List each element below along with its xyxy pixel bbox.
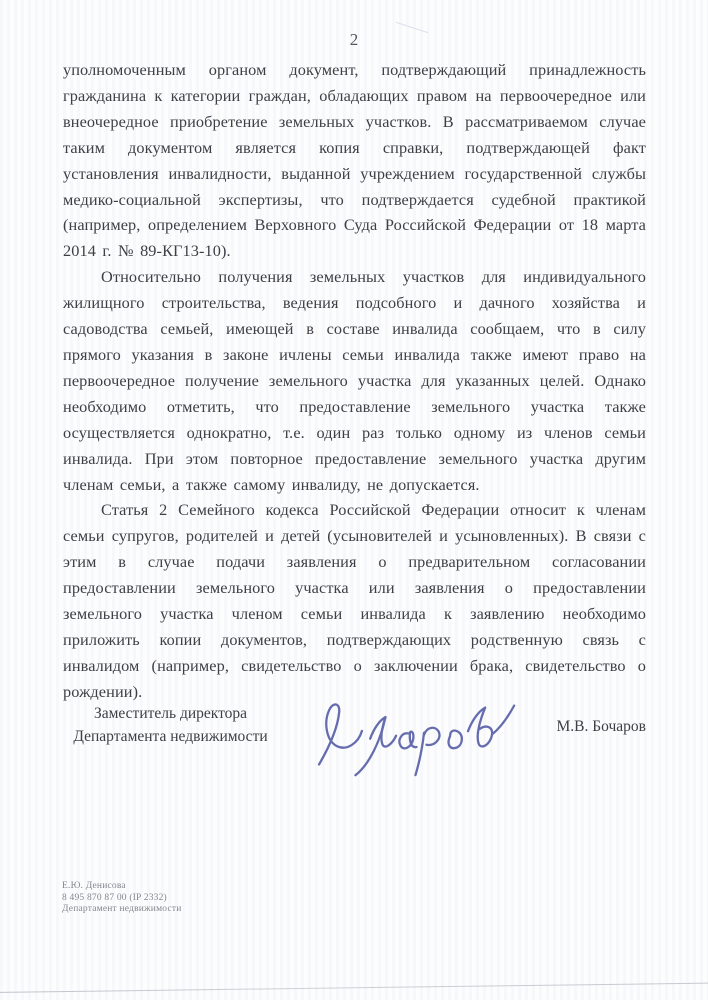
executor-footer: Е.Ю. Денисова 8 495 870 87 00 (IP 2332) …: [62, 881, 182, 916]
executor-department: Департамент недвижимости: [62, 904, 182, 916]
signer-position: Заместитель директора Департамента недви…: [63, 693, 278, 748]
signature-autograph: [308, 681, 526, 783]
document-body: уполномоченным органом документ, подтвер…: [63, 57, 646, 705]
signer-name: М.В. Бочаров: [557, 693, 647, 736]
scanned-document-page: 2 уполномоченным органом документ, подтв…: [0, 0, 708, 1000]
executor-phone: 8 495 870 87 00 (IP 2332): [62, 893, 182, 905]
executor-name: Е.Ю. Денисова: [62, 881, 182, 893]
signature-ink-strokes: [317, 698, 516, 778]
paragraph-land-plots: Относительно получения земельных участко…: [63, 264, 646, 497]
signer-position-line1: Заместитель директора: [63, 703, 278, 726]
paragraph-family-code: Статья 2 Семейного кодекса Российской Фе…: [63, 497, 646, 704]
signature-block: Заместитель директора Департамента недви…: [63, 693, 646, 793]
paper-edge-scan-line: [0, 982, 708, 993]
paragraph-continuation: уполномоченным органом документ, подтвер…: [63, 57, 646, 264]
signer-position-line2: Департамента недвижимости: [63, 726, 278, 749]
page-number: 2: [0, 30, 708, 50]
